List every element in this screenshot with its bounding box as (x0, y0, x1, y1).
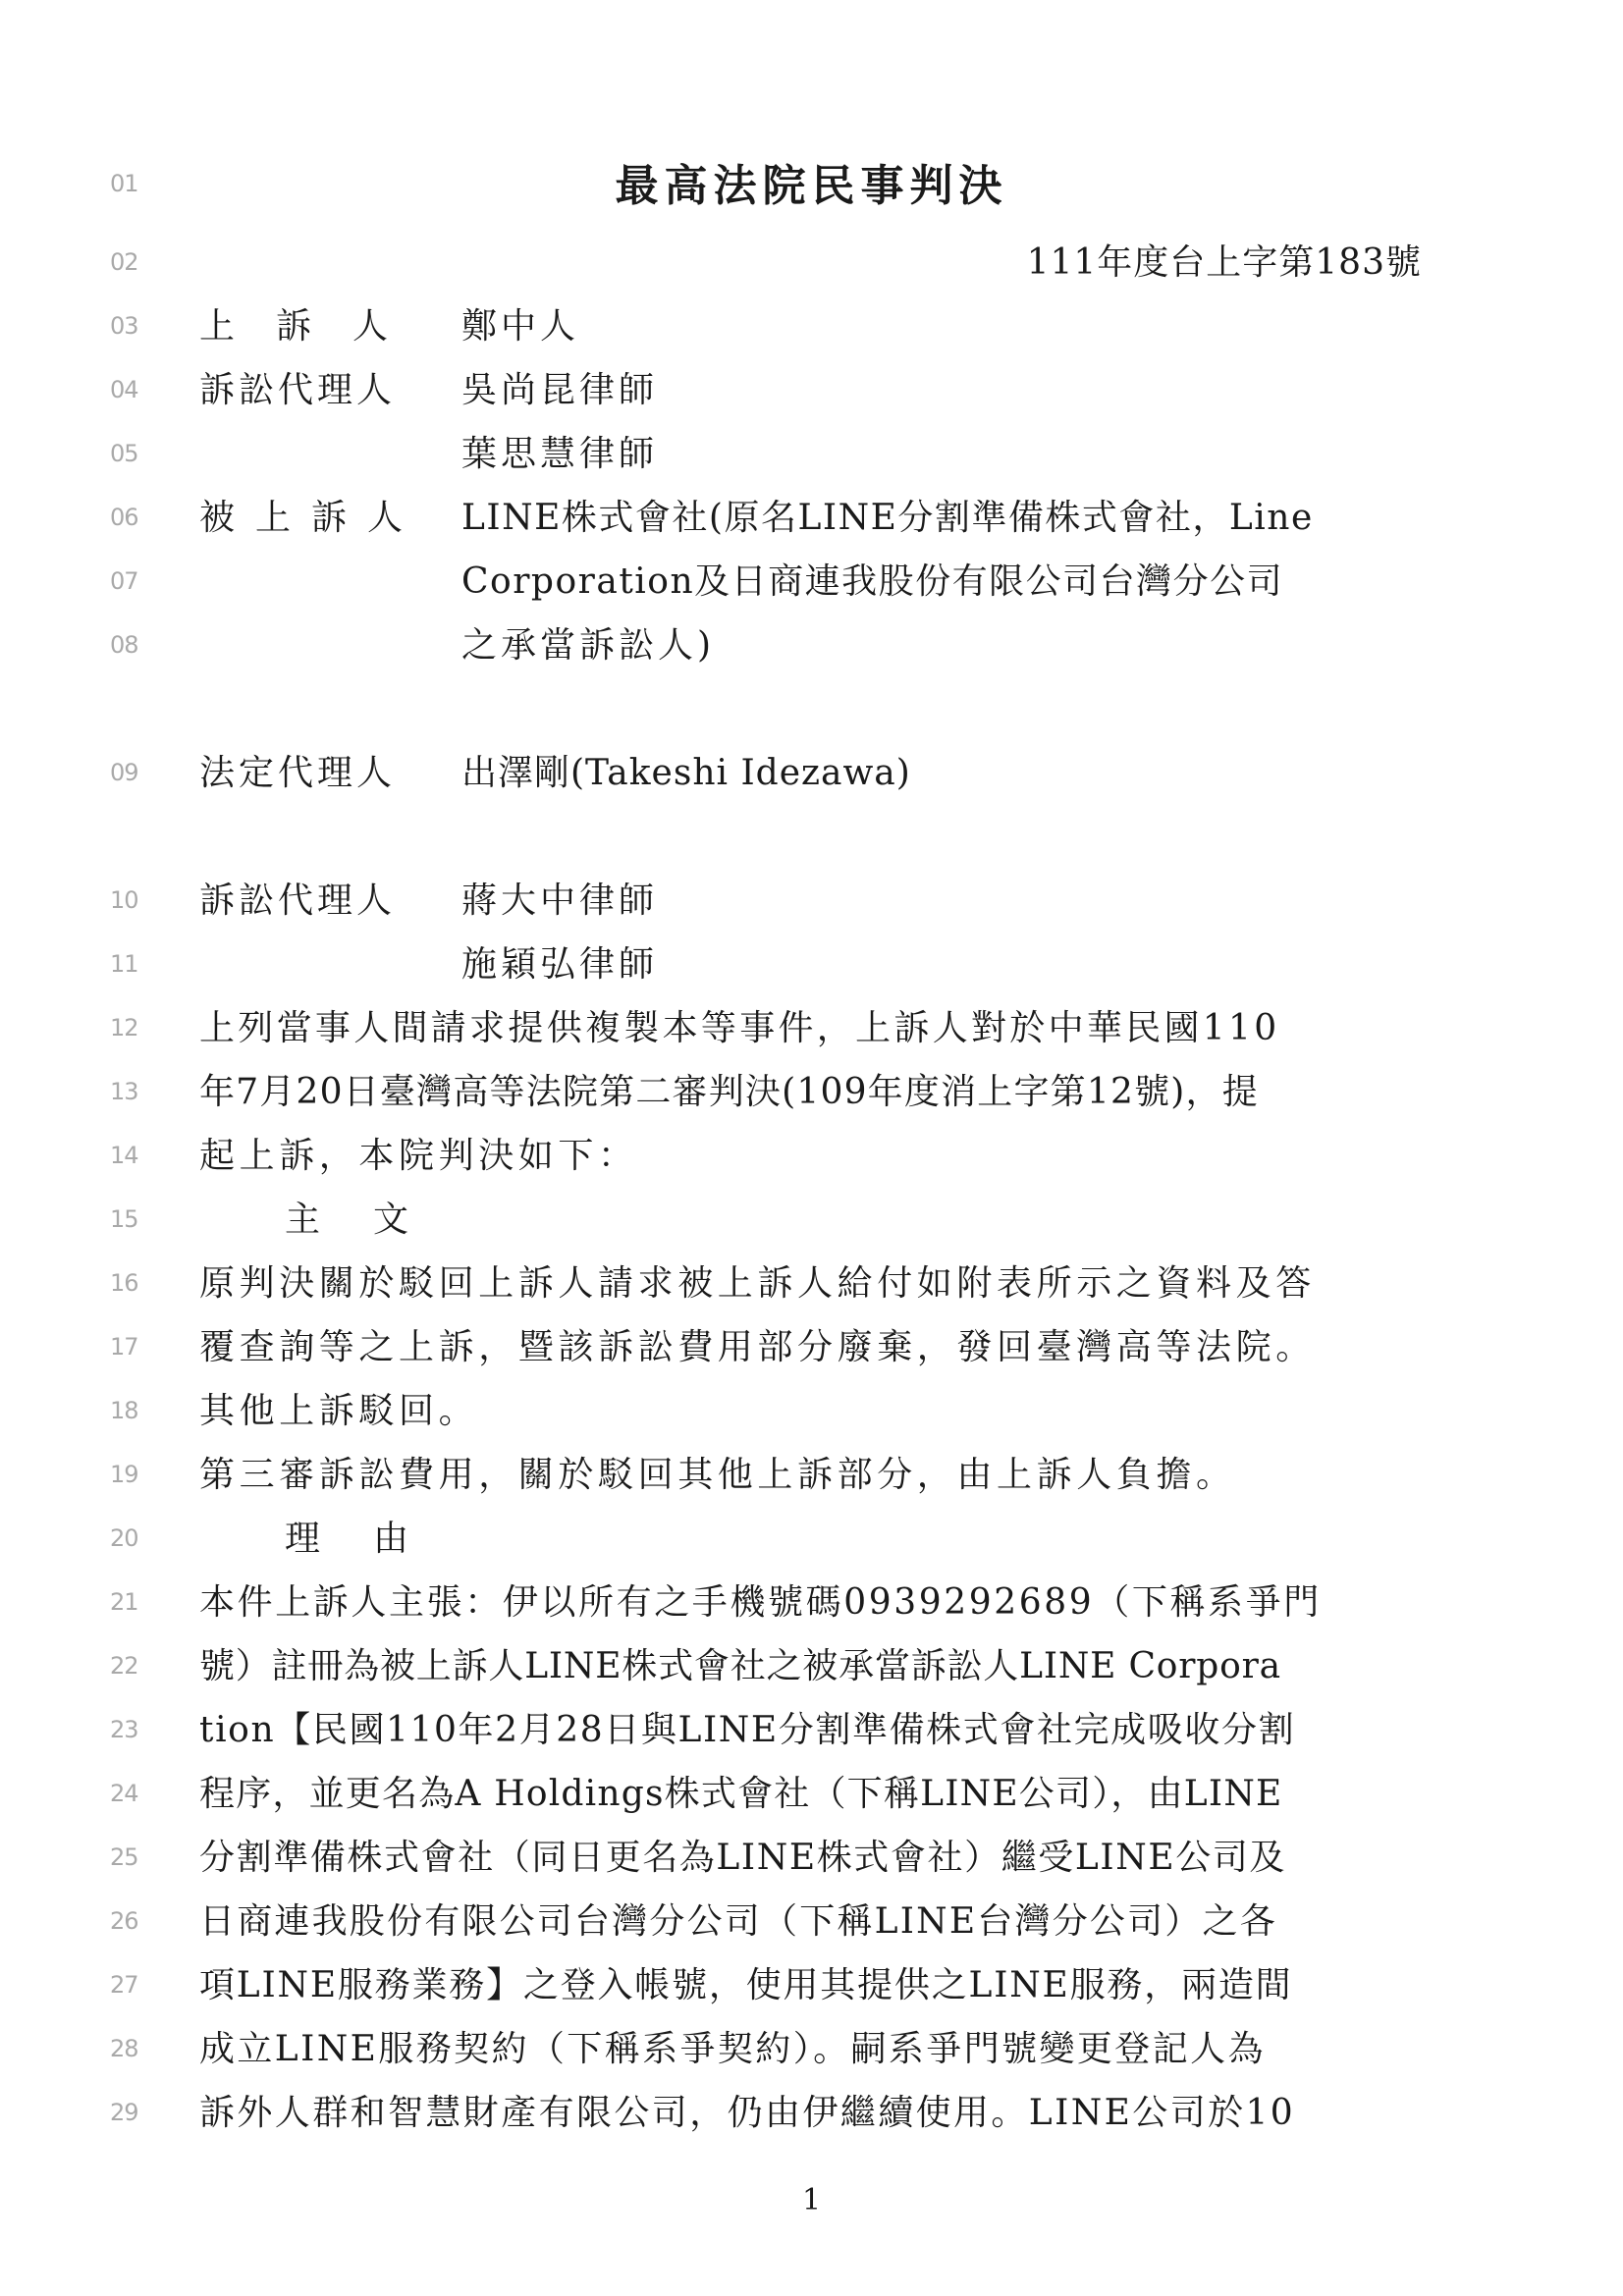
line-25: 25 分割準備株式會社（同日更名為LINE株式會社）繼受LINE公司及 (0, 1826, 1623, 1890)
line-number: 24 (110, 1762, 149, 1826)
reason-text-line: 本件上訴人主張：伊以所有之手機號碼0939292689（下稱系爭門 (199, 1571, 1422, 1634)
party-value-appellee-cont-1: Corporation及日商連我股份有限公司台灣分公司 (461, 550, 1283, 614)
line-number: 29 (110, 2081, 149, 2145)
line-number: 05 (110, 422, 149, 486)
line-24: 24 程序，並更名為A Holdings株式會社（下稱LINE公司），由LINE (0, 1762, 1623, 1826)
line-27: 27 項LINE服務業務】之登入帳號，使用其提供之LINE服務，兩造間 (0, 1953, 1623, 2017)
party-label-appellee: 被上訴人 (199, 486, 423, 550)
line-number: 16 (110, 1252, 149, 1315)
line-number: 10 (110, 869, 149, 933)
line-number: 28 (110, 2017, 149, 2081)
page-number: 1 (0, 2181, 1623, 2220)
line-10: 10 訴訟代理人 蔣大中律師 (0, 869, 1623, 933)
line-16: 16 原判決關於駁回上訴人請求被上訴人給付如附表所示之資料及答 (0, 1252, 1623, 1315)
line-19: 19 第三審訴訟費用，關於駁回其他上訴部分，由上訴人負擔。 (0, 1443, 1623, 1507)
section-heading-main: 主文 (285, 1188, 461, 1252)
line-08: 08 之承當訴訟人) (0, 614, 1623, 677)
line-14: 14 起上訴，本院判決如下： (0, 1124, 1623, 1188)
judgment-page: 01 最高法院民事判決 02 111年度台上字第183號 03 上訴人 鄭中人 … (0, 0, 1623, 2296)
party-label-appellant: 上訴人 (199, 294, 429, 358)
reason-text-line: 日商連我股份有限公司台灣分公司（下稱LINE台灣分公司）之各 (199, 1890, 1422, 1953)
line-number: 17 (110, 1315, 149, 1379)
line-number: 19 (110, 1443, 149, 1507)
section-heading-reason: 理由 (285, 1507, 461, 1571)
line-12: 12 上列當事人間請求提供複製本等事件，上訴人對於中華民國110 (0, 996, 1623, 1060)
line-28: 28 成立LINE服務契約（下稱系爭契約）。嗣系爭門號變更登記人為 (0, 2017, 1623, 2081)
line-17: 17 覆查詢等之上訴，暨該訴訟費用部分廢棄，發回臺灣高等法院。 (0, 1315, 1623, 1379)
line-15: 15 主文 (0, 1188, 1623, 1252)
main-text-line: 覆查詢等之上訴，暨該訴訟費用部分廢棄，發回臺灣高等法院。 (199, 1315, 1422, 1379)
reason-text-line: 成立LINE服務契約（下稱系爭契約）。嗣系爭門號變更登記人為 (199, 2017, 1422, 2081)
line-05: 05 葉思慧律師 (0, 422, 1623, 486)
line-22: 22 號）註冊為被上訴人LINE株式會社之被承當訴訟人LINE Corpora (0, 1634, 1623, 1698)
document-title: 最高法院民事判決 (0, 152, 1623, 221)
main-text-line: 第三審訴訟費用，關於駁回其他上訴部分，由上訴人負擔。 (199, 1443, 1422, 1507)
party-value-appellant: 鄭中人 (461, 294, 579, 358)
party-value-appellee: LINE株式會社(原名LINE分割準備株式會社，Line (461, 486, 1314, 550)
party-value-agent-1: 吳尚昆律師 (461, 358, 658, 422)
intro-line: 起上訴，本院判決如下： (199, 1124, 1422, 1188)
line-number: 12 (110, 996, 149, 1060)
line-number: 21 (110, 1571, 149, 1634)
line-number: 13 (110, 1060, 149, 1124)
line-21: 21 本件上訴人主張：伊以所有之手機號碼0939292689（下稱系爭門 (0, 1571, 1623, 1634)
main-text-line: 原判決關於駁回上訴人請求被上訴人給付如附表所示之資料及答 (199, 1252, 1422, 1315)
line-number: 25 (110, 1826, 149, 1890)
party-label-litigation-agent: 訴訟代理人 (199, 358, 396, 422)
line-04: 04 訴訟代理人 吳尚昆律師 (0, 358, 1623, 422)
line-09: 09 法定代理人 出澤剛(Takeshi Idezawa) (0, 741, 1623, 805)
line-number: 11 (110, 933, 149, 996)
line-number: 18 (110, 1379, 149, 1443)
party-value-agent-2: 葉思慧律師 (461, 422, 658, 486)
party-label-legal-rep: 法定代理人 (199, 741, 396, 805)
line-number: 07 (110, 550, 149, 614)
line-number: 20 (110, 1507, 149, 1571)
line-29: 29 訴外人群和智慧財產有限公司，仍由伊繼續使用。LINE公司於10 (0, 2081, 1623, 2145)
reason-text-line: 項LINE服務業務】之登入帳號，使用其提供之LINE服務，兩造間 (199, 1953, 1422, 2017)
line-number: 23 (110, 1698, 149, 1762)
intro-line: 年7月20日臺灣高等法院第二審判決(109年度消上字第12號)，提 (199, 1060, 1422, 1124)
line-number: 14 (110, 1124, 149, 1188)
line-number: 15 (110, 1188, 149, 1252)
case-number: 111年度台上字第183號 (1027, 231, 1422, 294)
reason-text-line: tion【民國110年2月28日與LINE分割準備株式會社完成吸收分割 (199, 1698, 1422, 1762)
party-value-legal-rep: 出澤剛(Takeshi Idezawa) (461, 741, 911, 805)
line-23: 23 tion【民國110年2月28日與LINE分割準備株式會社完成吸收分割 (0, 1698, 1623, 1762)
line-number: 04 (110, 358, 149, 422)
party-value-appellee-cont-2: 之承當訴訟人) (461, 614, 715, 677)
line-11: 11 施穎弘律師 (0, 933, 1623, 996)
line-number: 08 (110, 614, 149, 677)
intro-line: 上列當事人間請求提供複製本等事件，上訴人對於中華民國110 (199, 996, 1422, 1060)
party-value-agent-4: 施穎弘律師 (461, 933, 658, 996)
line-number: 03 (110, 294, 149, 358)
line-number: 22 (110, 1634, 149, 1698)
line-26: 26 日商連我股份有限公司台灣分公司（下稱LINE台灣分公司）之各 (0, 1890, 1623, 1953)
line-number: 06 (110, 486, 149, 550)
line-13: 13 年7月20日臺灣高等法院第二審判決(109年度消上字第12號)，提 (0, 1060, 1623, 1124)
party-label-litigation-agent-2: 訴訟代理人 (199, 869, 396, 933)
party-value-agent-3: 蔣大中律師 (461, 869, 658, 933)
line-03: 03 上訴人 鄭中人 (0, 294, 1623, 358)
line-number: 02 (110, 231, 149, 294)
line-07: 07 Corporation及日商連我股份有限公司台灣分公司 (0, 550, 1623, 614)
line-number: 26 (110, 1890, 149, 1953)
reason-text-line: 號）註冊為被上訴人LINE株式會社之被承當訴訟人LINE Corpora (199, 1634, 1422, 1698)
line-20: 20 理由 (0, 1507, 1623, 1571)
line-02: 02 111年度台上字第183號 (0, 231, 1623, 294)
line-06: 06 被上訴人 LINE株式會社(原名LINE分割準備株式會社，Line (0, 486, 1623, 550)
reason-text-line: 訴外人群和智慧財產有限公司，仍由伊繼續使用。LINE公司於10 (199, 2081, 1422, 2145)
line-18: 18 其他上訴駁回。 (0, 1379, 1623, 1443)
line-number: 27 (110, 1953, 149, 2017)
line-01: 01 最高法院民事判決 (0, 152, 1623, 216)
reason-text-line: 分割準備株式會社（同日更名為LINE株式會社）繼受LINE公司及 (199, 1826, 1422, 1890)
reason-text-line: 程序，並更名為A Holdings株式會社（下稱LINE公司），由LINE (199, 1762, 1422, 1826)
line-number: 09 (110, 741, 149, 805)
main-text-line: 其他上訴駁回。 (199, 1379, 1422, 1443)
